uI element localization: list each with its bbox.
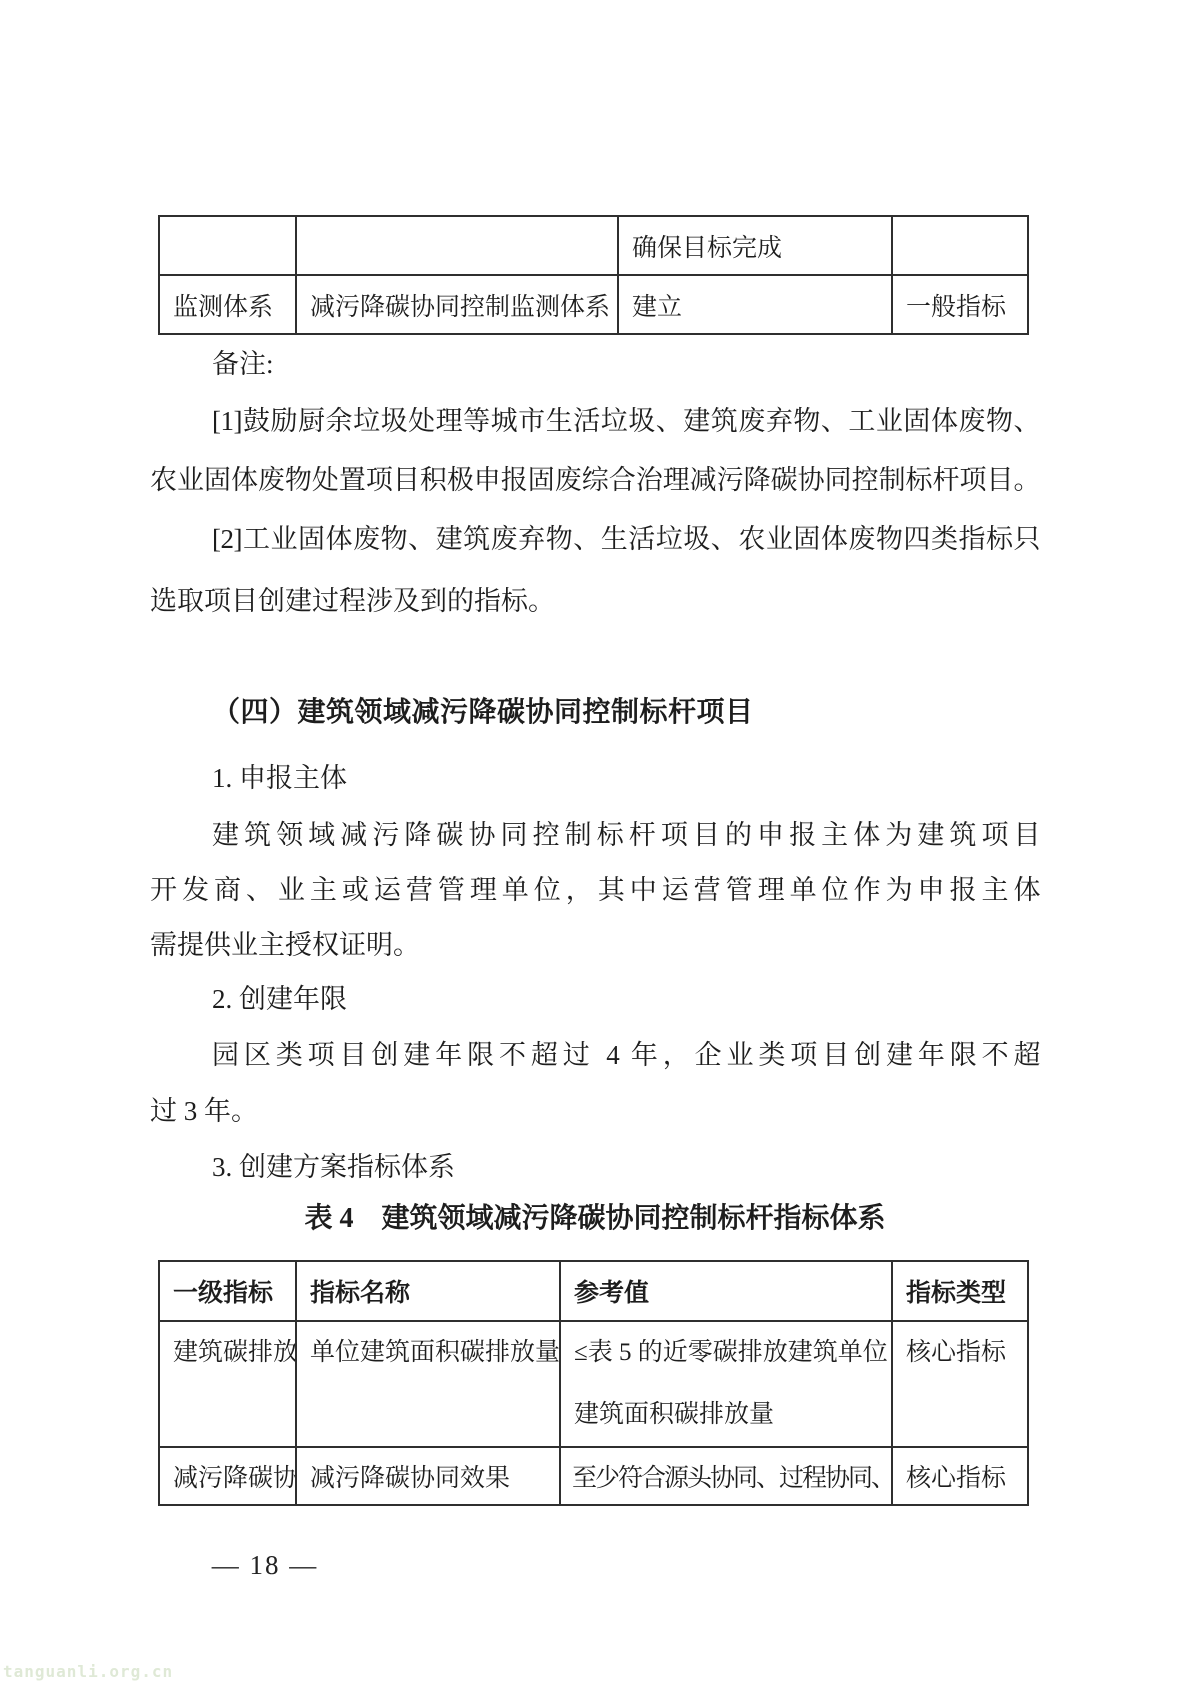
- table-cell: 减污降碳协同效果: [296, 1447, 560, 1505]
- table-cell: 核心指标: [892, 1447, 1028, 1505]
- paragraph-line: 需提供业主授权证明。: [150, 927, 1040, 963]
- subsection-title-1: 1. 申报主体: [150, 760, 1040, 796]
- paragraph-line: 开发商、业主或运营管理单位，其中运营管理单位作为申报主体: [150, 872, 1040, 908]
- indicator-table-continuation: 确保目标完成 监测体系 减污降碳协同控制监测体系 建立 一般指标: [158, 215, 1029, 335]
- table-cell: [159, 216, 296, 275]
- page-number: — 18 —: [150, 1550, 380, 1581]
- table-cell: [296, 216, 618, 275]
- section-heading: （四）建筑领域减污降碳协同控制标杆项目: [150, 695, 1040, 731]
- table-cell: 减污降碳协: [159, 1447, 296, 1505]
- note-1-line: 农业固体废物处置项目积极申报固废综合治理减污降碳协同控制标杆项目。: [150, 462, 1040, 498]
- table-cell: 减污降碳协同控制监测体系: [296, 275, 618, 334]
- cell-text: 单位建筑面积碳排放量: [310, 1322, 553, 1384]
- table-cell: ≤表 5 的近零碳排放建筑单位 建筑面积碳排放量: [560, 1321, 892, 1447]
- table-cell: 至少符合源头协同、过程协同、: [560, 1447, 892, 1505]
- table-row: 减污降碳协 减污降碳协同效果 至少符合源头协同、过程协同、 核心指标: [159, 1447, 1028, 1505]
- table-row: 建筑碳排放 单位建筑面积碳排放量 ≤表 5 的近零碳排放建筑单位 建筑面积碳排放…: [159, 1321, 1028, 1447]
- paragraph-line: 过 3 年。: [150, 1093, 1040, 1129]
- table-cell: 一般指标: [892, 275, 1028, 334]
- table-row: 确保目标完成: [159, 216, 1028, 275]
- note-1-line: [1]鼓励厨余垃圾处理等城市生活垃圾、建筑废弃物、工业固体废物、: [150, 403, 1040, 439]
- cell-text: 建筑面积碳排放量: [574, 1384, 885, 1446]
- cell-text: 核心指标: [906, 1322, 1021, 1384]
- note-2-line: 选取项目创建过程涉及到的指标。: [150, 583, 1040, 619]
- table-row: 监测体系 减污降碳协同控制监测体系 建立 一般指标: [159, 275, 1028, 334]
- table4-caption: 表 4 建筑领域减污降碳协同控制标杆指标体系: [150, 1201, 1040, 1237]
- table-cell: 建筑碳排放: [159, 1321, 296, 1447]
- table-header-cell: 指标类型: [892, 1261, 1028, 1321]
- table-header-cell: 一级指标: [159, 1261, 296, 1321]
- cell-text: ≤表 5 的近零碳排放建筑单位: [574, 1322, 885, 1384]
- table-header-cell: 参考值: [560, 1261, 892, 1321]
- table-cell: [892, 216, 1028, 275]
- note-2-line: [2]工业固体废物、建筑废弃物、生活垃圾、农业固体废物四类指标只: [150, 521, 1040, 557]
- document-page: 确保目标完成 监测体系 减污降碳协同控制监测体系 建立 一般指标 备注: [1]…: [0, 0, 1190, 1683]
- paragraph-line: 建筑领域减污降碳协同控制标杆项目的申报主体为建筑项目: [150, 817, 1040, 853]
- table-cell: 核心指标: [892, 1321, 1028, 1447]
- table-cell: 确保目标完成: [618, 216, 892, 275]
- cell-text: 建筑碳排放: [173, 1322, 289, 1384]
- table-header-cell: 指标名称: [296, 1261, 560, 1321]
- paragraph-line: 园区类项目创建年限不超过 4 年，企业类项目创建年限不超: [150, 1037, 1040, 1073]
- table4: 一级指标 指标名称 参考值 指标类型 建筑碳排放 单位建筑面积碳排放量 ≤表 5…: [158, 1260, 1029, 1506]
- table-cell: 建立: [618, 275, 892, 334]
- watermark: tanguanli.org.cn: [3, 1662, 173, 1681]
- table-cell: 单位建筑面积碳排放量: [296, 1321, 560, 1447]
- subsection-title-3: 3. 创建方案指标体系: [150, 1149, 1040, 1185]
- subsection-title-2: 2. 创建年限: [150, 981, 1040, 1017]
- table-cell: 监测体系: [159, 275, 296, 334]
- table4-header-row: 一级指标 指标名称 参考值 指标类型: [159, 1261, 1028, 1321]
- notes-label: 备注:: [150, 346, 1040, 382]
